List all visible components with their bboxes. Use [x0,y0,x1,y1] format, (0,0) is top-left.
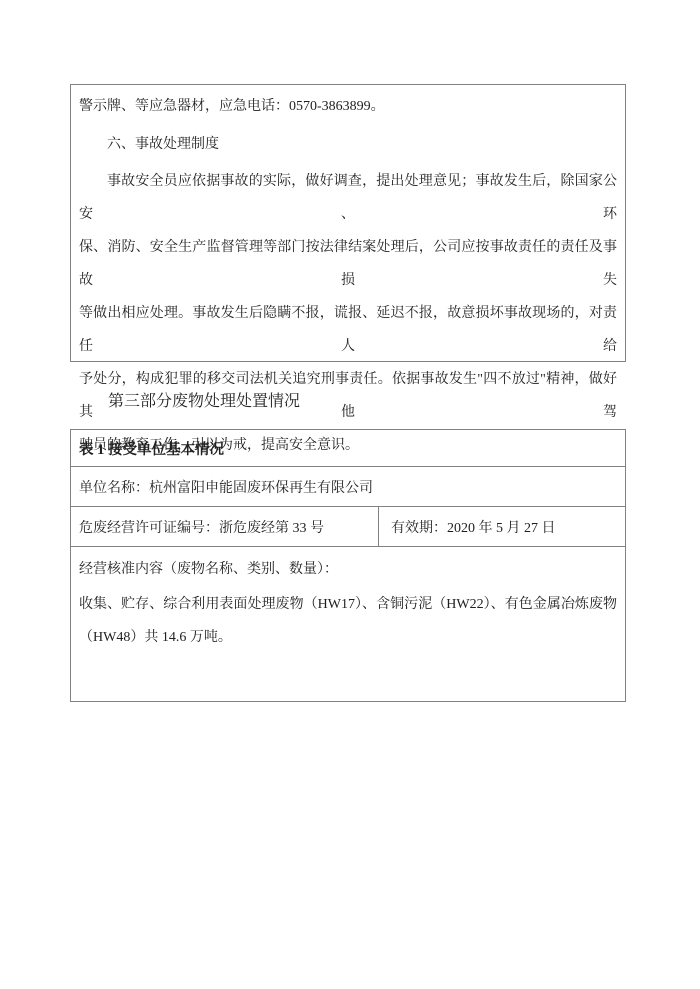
document-page: 警示牌、等应急器材，应急电话：0570-3863899。 六、事故处理制度 事故… [0,0,700,989]
paragraph-line: 保、消防、安全生产监督管理等部门按法律结案处理后，公司应按事故责任的责任及事故损… [79,231,617,297]
approved-content-line: 收集、贮存、综合利用表面处理废物（HW17）、含铜污泥（HW22）、有色金属冶炼… [79,588,617,621]
unit-name-row: 单位名称：杭州富阳申能固废环保再生有限公司 [71,466,625,506]
accident-handling-paragraph: 事故安全员应依据事故的实际，做好调查，提出处理意见；事故发生后，除国家公安、环 … [79,165,617,462]
table1-title-row: 表 1 接受单位基本情况 [71,430,625,466]
license-validity-row: 危废经营许可证编号：浙危废经第 33 号 有效期：2020 年 5 月 27 日 [71,506,625,546]
prev-section-box: 警示牌、等应急器材，应急电话：0570-3863899。 六、事故处理制度 事故… [70,84,626,362]
paragraph-line: 事故安全员应依据事故的实际，做好调查，提出处理意见；事故发生后，除国家公安、环 [79,165,617,231]
part3-heading: 第三部分废物处理处置情况 [108,390,300,414]
table1-title: 表 1 接受单位基本情况 [79,438,224,459]
approved-content-row: 经营核准内容（废物名称、类别、数量）： 收集、贮存、综合利用表面处理废物（HW1… [71,546,625,701]
paragraph-line: 等做出相应处理。事故发生后隐瞒不报，谎报、延迟不报，故意损坏事故现场的，对责任人… [79,297,617,363]
approved-content-line: （HW48）共 14.6 万吨。 [79,621,617,654]
validity-text: 有效期：2020 年 5 月 27 日 [391,517,556,537]
accident-handling-subheading: 六、事故处理制度 [79,128,617,161]
license-number-text: 危废经营许可证编号：浙危废经第 33 号 [79,517,324,537]
unit-name-cell: 单位名称：杭州富阳申能固废环保再生有限公司 [79,477,373,497]
license-number-cell: 危废经营许可证编号：浙危废经第 33 号 [71,507,379,546]
validity-cell: 有效期：2020 年 5 月 27 日 [379,507,625,546]
approved-content-label: 经营核准内容（废物名称、类别、数量）： [79,553,617,586]
table-receiving-unit-basic-info: 表 1 接受单位基本情况 单位名称：杭州富阳申能固废环保再生有限公司 危废经营许… [70,429,626,702]
emergency-equipment-line: 警示牌、等应急器材，应急电话：0570-3863899。 [79,90,617,123]
